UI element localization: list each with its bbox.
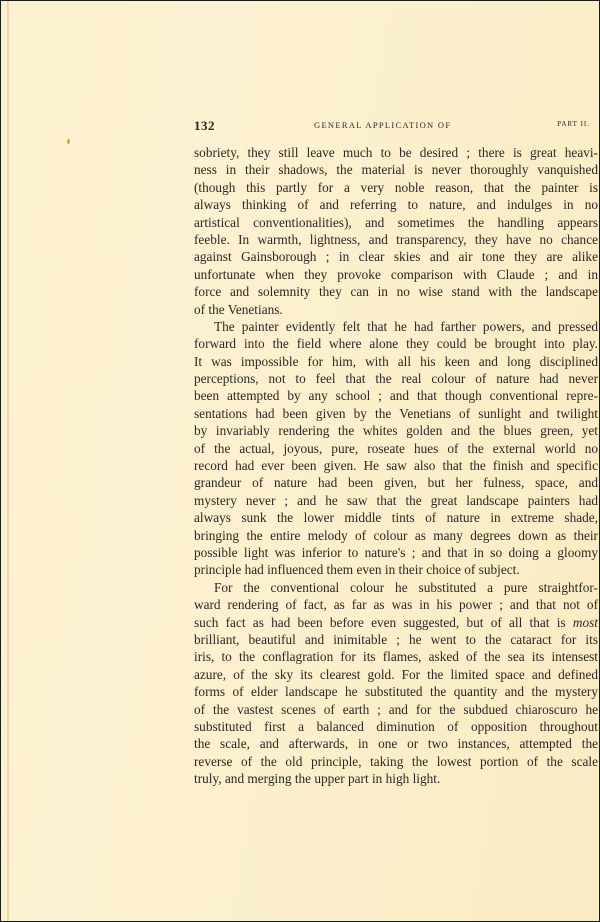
text-line: against Gainsborough ; in clear skies an… bbox=[194, 248, 598, 265]
running-header: 132 GENERAL APPLICATION OF PART II. bbox=[194, 118, 598, 134]
text-line: principle had influenced them even in th… bbox=[194, 561, 598, 578]
text-line: reverse of the old principle, taking the… bbox=[194, 753, 598, 770]
text-line-with-italic: such fact as had been before even sugges… bbox=[194, 614, 598, 631]
text-line: azure, of the sky its clearest gold. For… bbox=[194, 666, 598, 683]
text-line: iris, to the conflagration for its flame… bbox=[194, 648, 598, 665]
running-title: GENERAL APPLICATION OF bbox=[314, 120, 451, 130]
text-line: mystery never ; and he saw that the grea… bbox=[194, 492, 598, 509]
text-line: The painter evidently felt that he had f… bbox=[194, 318, 598, 335]
paragraph: sobriety, they still leave much to be de… bbox=[194, 144, 598, 318]
italic-word: most bbox=[573, 615, 598, 630]
page-number: 132 bbox=[194, 118, 215, 134]
text-line: sobriety, they still leave much to be de… bbox=[194, 144, 598, 161]
paper-stain-mark bbox=[67, 139, 70, 144]
text-line: force and solemnity they can in no wise … bbox=[194, 283, 598, 300]
text-line: been attempted by any school ; and that … bbox=[194, 387, 598, 404]
text-line: of the actual, joyous, pure, roseate hue… bbox=[194, 440, 598, 457]
body-text: sobriety, they still leave much to be de… bbox=[194, 144, 598, 787]
text-line: truly, and merging the upper part in hig… bbox=[194, 770, 598, 787]
text-line: grandeur of nature had been given, but h… bbox=[194, 474, 598, 491]
text-line: record had ever been given. He saw also … bbox=[194, 457, 598, 474]
text-line: feeble. In warmth, lightness, and transp… bbox=[194, 231, 598, 248]
text-span: such fact as had been before even sugges… bbox=[194, 615, 566, 630]
text-line: substituted first a balanced diminution … bbox=[194, 718, 598, 735]
text-line: sentations had been given by the Venetia… bbox=[194, 405, 598, 422]
text-line: For the conventional colour he substitut… bbox=[194, 579, 598, 596]
text-line: possible light was inferior to nature's … bbox=[194, 544, 598, 561]
text-line: forward into the field where alone they … bbox=[194, 335, 598, 352]
text-line: of the vastest scenes of earth ; and for… bbox=[194, 701, 598, 718]
text-line: perceptions, not to feel that the real c… bbox=[194, 370, 598, 387]
text-line: It was impossible for him, with all his … bbox=[194, 353, 598, 370]
text-line: always sunk the lower middle tints of na… bbox=[194, 509, 598, 526]
text-line: unfortunate when they provoke comparison… bbox=[194, 266, 598, 283]
text-line: of the Venetians. bbox=[194, 301, 598, 318]
text-line: the scale, and afterwards, in one or two… bbox=[194, 735, 598, 752]
text-line: always thinking of and referring to natu… bbox=[194, 196, 598, 213]
text-line: brilliant, beautiful and inimitable ; he… bbox=[194, 631, 598, 648]
text-line: (though this partly for a very noble rea… bbox=[194, 179, 598, 196]
paragraph: For the conventional colour he substitut… bbox=[194, 579, 598, 788]
text-line: artistical conventionalities), and somet… bbox=[194, 214, 598, 231]
text-line: ward rendering of fact, as far as was in… bbox=[194, 596, 598, 613]
page-gutter-shadow bbox=[7, 1, 9, 921]
book-page: 132 GENERAL APPLICATION OF PART II. sobr… bbox=[0, 0, 600, 922]
part-label: PART II. bbox=[557, 120, 590, 128]
text-line: ness in their shadows, the material is n… bbox=[194, 161, 598, 178]
text-line: by invariably rendering the whites golde… bbox=[194, 422, 598, 439]
paragraph: The painter evidently felt that he had f… bbox=[194, 318, 598, 579]
text-line: bringing the entire melody of colour as … bbox=[194, 527, 598, 544]
text-line: forms of elder landscape he substituted … bbox=[194, 683, 598, 700]
